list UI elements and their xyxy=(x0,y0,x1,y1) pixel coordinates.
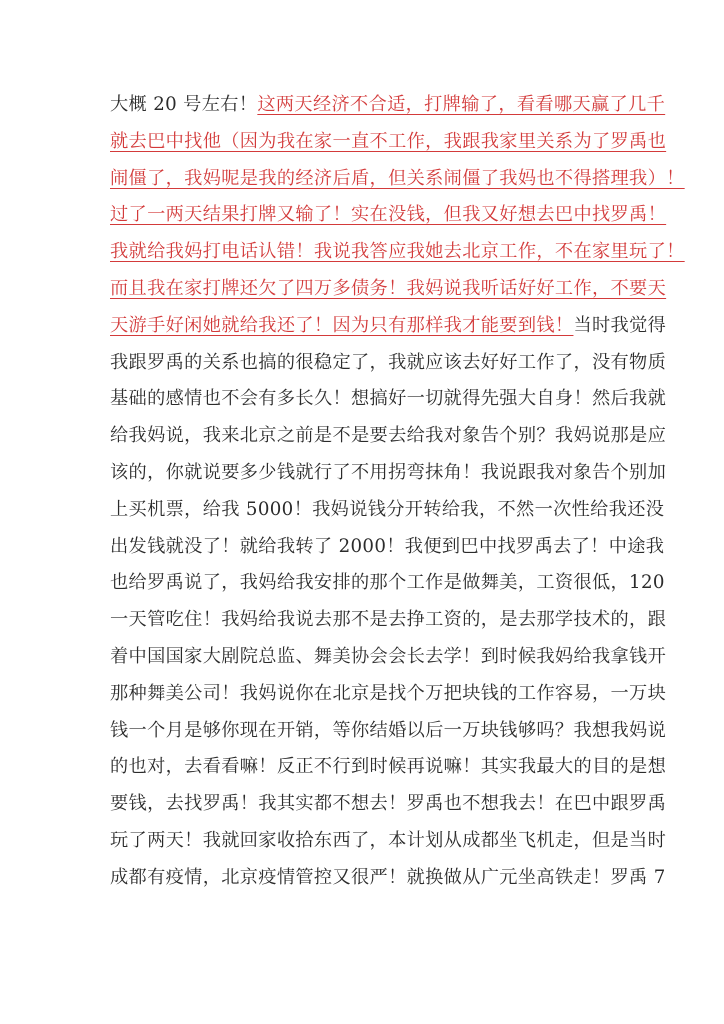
text-line-content: 玩了两天！我就回家收拾东西了，本计划从成都坐飞机走，但是当时 xyxy=(110,823,614,860)
highlighted-text: 天游手好闲她就给我还了！因为只有那样我才能要到钱！ xyxy=(110,315,573,336)
text-line-content: 一天管吃住！我妈给我说去那不是去挣工资的，是去那学技术的，跟 xyxy=(110,602,614,639)
text-line: 而且我在家打牌还欠了四万多债务！我妈说我听话好好工作，不要天 xyxy=(110,271,614,308)
text-line: 给我妈说，我来北京之前是不是要去给我对象告个别？我妈说那是应 xyxy=(110,418,614,455)
text-line: 该的，你就说要多少钱就行了不用拐弯抹角！我说跟我对象告个别加 xyxy=(110,455,614,492)
body-text: 给我妈说，我来北京之前是不是要去给我对象告个别？我妈说那是应 xyxy=(110,425,666,446)
text-line: 也给罗禹说了，我妈给我安排的那个工作是做舞美，工资很低，120 xyxy=(110,565,614,602)
text-line: 出发钱就没了！就给我转了 2000！我便到巴中找罗禹去了！中途我 xyxy=(110,529,614,566)
text-line: 要钱，去找罗禹！我其实都不想去！罗禹也不想我去！在巴中跟罗禹 xyxy=(110,786,614,823)
body-text: 也给罗禹说了，我妈给我安排的那个工作是做舞美，工资很低，120 xyxy=(110,572,665,593)
text-line-content: 过了一两天结果打牌又输了！实在没钱，但我又好想去巴中找罗禹！ xyxy=(110,197,614,234)
text-line-content: 给我妈说，我来北京之前是不是要去给我对象告个别？我妈说那是应 xyxy=(110,418,614,455)
body-text: 着中国国家大剧院总监、舞美协会会长去学！到时候我妈给我拿钱开 xyxy=(110,646,666,667)
body-text: 上买机票，给我 5000！我妈说钱分开转给我，不然一次性给我还没 xyxy=(110,499,664,520)
text-line: 大概 20 号左右！这两天经济不合适，打牌输了，看看哪天赢了几千 xyxy=(110,87,614,124)
body-text: 一天管吃住！我妈给我说去那不是去挣工资的，是去那学技术的，跟 xyxy=(110,609,666,630)
body-text: 出发钱就没了！就给我转了 2000！我便到巴中找罗禹去了！中途我 xyxy=(110,536,664,557)
text-line-content: 大概 20 号左右！这两天经济不合适，打牌输了，看看哪天赢了几千 xyxy=(110,87,614,124)
text-line: 上买机票，给我 5000！我妈说钱分开转给我，不然一次性给我还没 xyxy=(110,492,614,529)
text-line-content: 成都有疫情，北京疫情管控又很严！就换做从广元坐高铁走！罗禹 7 xyxy=(110,860,614,897)
document-page: 大概 20 号左右！这两天经济不合适，打牌输了，看看哪天赢了几千就去巴中找他（因… xyxy=(110,87,614,897)
text-line: 玩了两天！我就回家收拾东西了，本计划从成都坐飞机走，但是当时 xyxy=(110,823,614,860)
text-line: 我跟罗禹的关系也搞的很稳定了，我就应该去好好工作了，没有物质 xyxy=(110,345,614,382)
text-line-content: 着中国国家大剧院总监、舞美协会会长去学！到时候我妈给我拿钱开 xyxy=(110,639,614,676)
text-line: 基础的感情也不会有多长久！想搞好一切就得先强大自身！然后我就 xyxy=(110,381,614,418)
highlighted-text: 而且我在家打牌还欠了四万多债务！我妈说我听话好好工作，不要天 xyxy=(110,278,666,299)
text-line-content: 也给罗禹说了，我妈给我安排的那个工作是做舞美，工资很低，120 xyxy=(110,565,614,602)
highlighted-text: 闹僵了，我妈呢是我的经济后盾，但关系闹僵了我妈也不得搭理我）！ xyxy=(110,168,685,189)
text-line-content: 基础的感情也不会有多长久！想搞好一切就得先强大自身！然后我就 xyxy=(110,381,614,418)
text-line: 天游手好闲她就给我还了！因为只有那样我才能要到钱！当时我觉得 xyxy=(110,308,614,345)
body-text: 基础的感情也不会有多长久！想搞好一切就得先强大自身！然后我就 xyxy=(110,388,666,409)
text-line-content: 天游手好闲她就给我还了！因为只有那样我才能要到钱！当时我觉得 xyxy=(110,308,614,345)
text-line-content: 我跟罗禹的关系也搞的很稳定了，我就应该去好好工作了，没有物质 xyxy=(110,345,614,382)
body-text: 当时我觉得 xyxy=(573,315,666,336)
text-line: 的也对，去看看嘛！反正不行到时候再说嘛！其实我最大的目的是想 xyxy=(110,749,614,786)
highlighted-text: 就去巴中找他（因为我在家一直不工作，我跟我家里关系为了罗禹也 xyxy=(110,131,666,152)
body-text: 的也对，去看看嘛！反正不行到时候再说嘛！其实我最大的目的是想 xyxy=(110,756,666,777)
text-line-content: 闹僵了，我妈呢是我的经济后盾，但关系闹僵了我妈也不得搭理我）！ xyxy=(110,161,614,198)
text-line-content: 上买机票，给我 5000！我妈说钱分开转给我，不然一次性给我还没 xyxy=(110,492,614,529)
text-line-content: 钱一个月是够你现在开销，等你结婚以后一万块钱够吗？我想我妈说 xyxy=(110,713,614,750)
text-line-content: 的也对，去看看嘛！反正不行到时候再说嘛！其实我最大的目的是想 xyxy=(110,749,614,786)
text-line: 成都有疫情，北京疫情管控又很严！就换做从广元坐高铁走！罗禹 7 xyxy=(110,860,614,897)
text-line: 钱一个月是够你现在开销，等你结婚以后一万块钱够吗？我想我妈说 xyxy=(110,713,614,750)
text-line-content: 就去巴中找他（因为我在家一直不工作，我跟我家里关系为了罗禹也 xyxy=(110,124,614,161)
text-line: 过了一两天结果打牌又输了！实在没钱，但我又好想去巴中找罗禹！ xyxy=(110,197,614,234)
text-line-content: 该的，你就说要多少钱就行了不用拐弯抹角！我说跟我对象告个别加 xyxy=(110,455,614,492)
text-line: 就去巴中找他（因为我在家一直不工作，我跟我家里关系为了罗禹也 xyxy=(110,124,614,161)
body-text: 钱一个月是够你现在开销，等你结婚以后一万块钱够吗？我想我妈说 xyxy=(110,720,666,741)
text-line-content: 出发钱就没了！就给我转了 2000！我便到巴中找罗禹去了！中途我 xyxy=(110,529,614,566)
body-text: 那种舞美公司！我妈说你在北京是找个万把块钱的工作容易，一万块 xyxy=(110,683,666,704)
body-text: 该的，你就说要多少钱就行了不用拐弯抹角！我说跟我对象告个别加 xyxy=(110,462,666,483)
text-line-content: 而且我在家打牌还欠了四万多债务！我妈说我听话好好工作，不要天 xyxy=(110,271,614,308)
text-line: 一天管吃住！我妈给我说去那不是去挣工资的，是去那学技术的，跟 xyxy=(110,602,614,639)
highlighted-text: 过了一两天结果打牌又输了！实在没钱，但我又好想去巴中找罗禹！ xyxy=(110,204,666,225)
text-line-content: 我就给我妈打电话认错！我说我答应我她去北京工作，不在家里玩了！ xyxy=(110,234,614,271)
highlighted-text: 这两天经济不合适，打牌输了，看看哪天赢了几千 xyxy=(257,94,665,115)
text-line: 着中国国家大剧院总监、舞美协会会长去学！到时候我妈给我拿钱开 xyxy=(110,639,614,676)
body-text: 大概 20 号左右！ xyxy=(110,94,257,115)
body-text: 玩了两天！我就回家收拾东西了，本计划从成都坐飞机走，但是当时 xyxy=(110,830,666,851)
body-text: 我跟罗禹的关系也搞的很稳定了，我就应该去好好工作了，没有物质 xyxy=(110,352,666,373)
highlighted-text: 我就给我妈打电话认错！我说我答应我她去北京工作，不在家里玩了！ xyxy=(110,241,685,262)
body-text: 要钱，去找罗禹！我其实都不想去！罗禹也不想我去！在巴中跟罗禹 xyxy=(110,793,666,814)
text-line: 我就给我妈打电话认错！我说我答应我她去北京工作，不在家里玩了！ xyxy=(110,234,614,271)
text-line-content: 那种舞美公司！我妈说你在北京是找个万把块钱的工作容易，一万块 xyxy=(110,676,614,713)
text-line-content: 要钱，去找罗禹！我其实都不想去！罗禹也不想我去！在巴中跟罗禹 xyxy=(110,786,614,823)
text-line: 那种舞美公司！我妈说你在北京是找个万把块钱的工作容易，一万块 xyxy=(110,676,614,713)
text-line: 闹僵了，我妈呢是我的经济后盾，但关系闹僵了我妈也不得搭理我）！ xyxy=(110,161,614,198)
body-text: 成都有疫情，北京疫情管控又很严！就换做从广元坐高铁走！罗禹 7 xyxy=(110,867,666,888)
